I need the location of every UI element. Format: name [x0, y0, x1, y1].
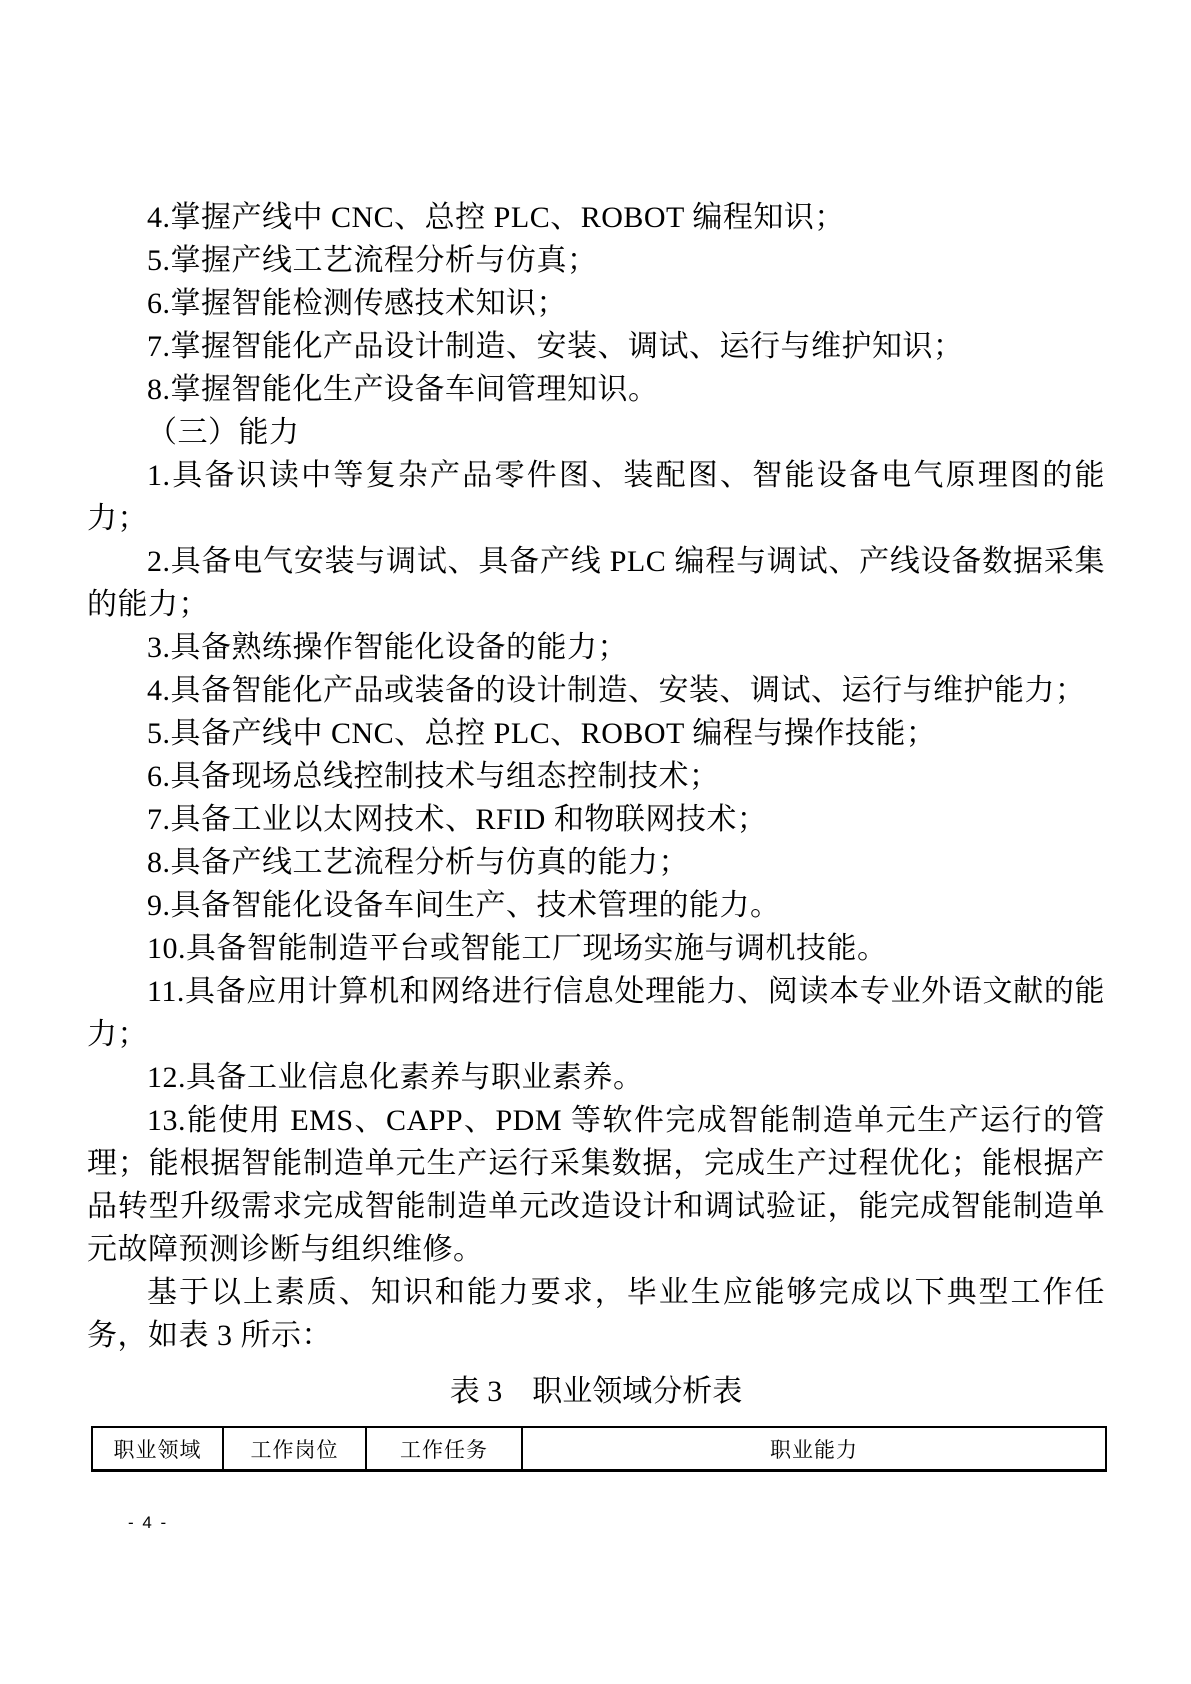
document-body: 4.掌握产线中 CNC、总控 PLC、ROBOT 编程知识； 5.掌握产线工艺流…	[87, 196, 1105, 1472]
list-item-knowledge-5: 5.掌握产线工艺流程分析与仿真；	[87, 239, 1105, 282]
document-page: 4.掌握产线中 CNC、总控 PLC、ROBOT 编程知识； 5.掌握产线工艺流…	[0, 0, 1191, 1684]
list-item-knowledge-4: 4.掌握产线中 CNC、总控 PLC、ROBOT 编程知识；	[87, 196, 1105, 239]
closing-paragraph: 基于以上素质、知识和能力要求，毕业生应能够完成以下典型工作任务，如表 3 所示：	[87, 1271, 1105, 1357]
list-item-ability-9: 9.具备智能化设备车间生产、技术管理的能力。	[87, 884, 1105, 927]
list-item-ability-1: 1.具备识读中等复杂产品零件图、装配图、智能设备电气原理图的能力；	[87, 454, 1105, 540]
list-item-ability-8: 8.具备产线工艺流程分析与仿真的能力；	[87, 841, 1105, 884]
list-item-knowledge-8: 8.掌握智能化生产设备车间管理知识。	[87, 368, 1105, 411]
section-heading-ability: （三）能力	[87, 411, 1105, 454]
list-item-knowledge-6: 6.掌握智能检测传感技术知识；	[87, 282, 1105, 325]
page-number: - 4 -	[128, 1513, 168, 1533]
list-item-ability-13: 13.能使用 EMS、CAPP、PDM 等软件完成智能制造单元生产运行的管理；能…	[87, 1099, 1105, 1271]
table-header-row: 职业领域 工作岗位 工作任务 职业能力	[92, 1427, 1106, 1471]
list-item-knowledge-7: 7.掌握智能化产品设计制造、安装、调试、运行与维护知识；	[87, 325, 1105, 368]
col-header-work-task: 工作任务	[366, 1427, 522, 1471]
col-header-occupation-ability: 职业能力	[522, 1427, 1106, 1471]
list-item-ability-3: 3.具备熟练操作智能化设备的能力；	[87, 626, 1105, 669]
list-item-ability-4: 4.具备智能化产品或装备的设计制造、安装、调试、运行与维护能力；	[87, 669, 1105, 712]
list-item-ability-12: 12.具备工业信息化素养与职业素养。	[87, 1056, 1105, 1099]
col-header-occupation-field: 职业领域	[92, 1427, 223, 1471]
list-item-ability-5: 5.具备产线中 CNC、总控 PLC、ROBOT 编程与操作技能；	[87, 712, 1105, 755]
table-caption: 表 3 职业领域分析表	[87, 1370, 1105, 1413]
list-item-ability-6: 6.具备现场总线控制技术与组态控制技术；	[87, 755, 1105, 798]
occupation-analysis-table: 职业领域 工作岗位 工作任务 职业能力	[91, 1426, 1107, 1472]
col-header-job-position: 工作岗位	[223, 1427, 366, 1471]
list-item-ability-2: 2.具备电气安装与调试、具备产线 PLC 编程与调试、产线设备数据采集的能力；	[87, 540, 1105, 626]
list-item-ability-7: 7.具备工业以太网技术、RFID 和物联网技术；	[87, 798, 1105, 841]
list-item-ability-10: 10.具备智能制造平台或智能工厂现场实施与调机技能。	[87, 927, 1105, 970]
list-item-ability-11: 11.具备应用计算机和网络进行信息处理能力、阅读本专业外语文献的能力；	[87, 970, 1105, 1056]
